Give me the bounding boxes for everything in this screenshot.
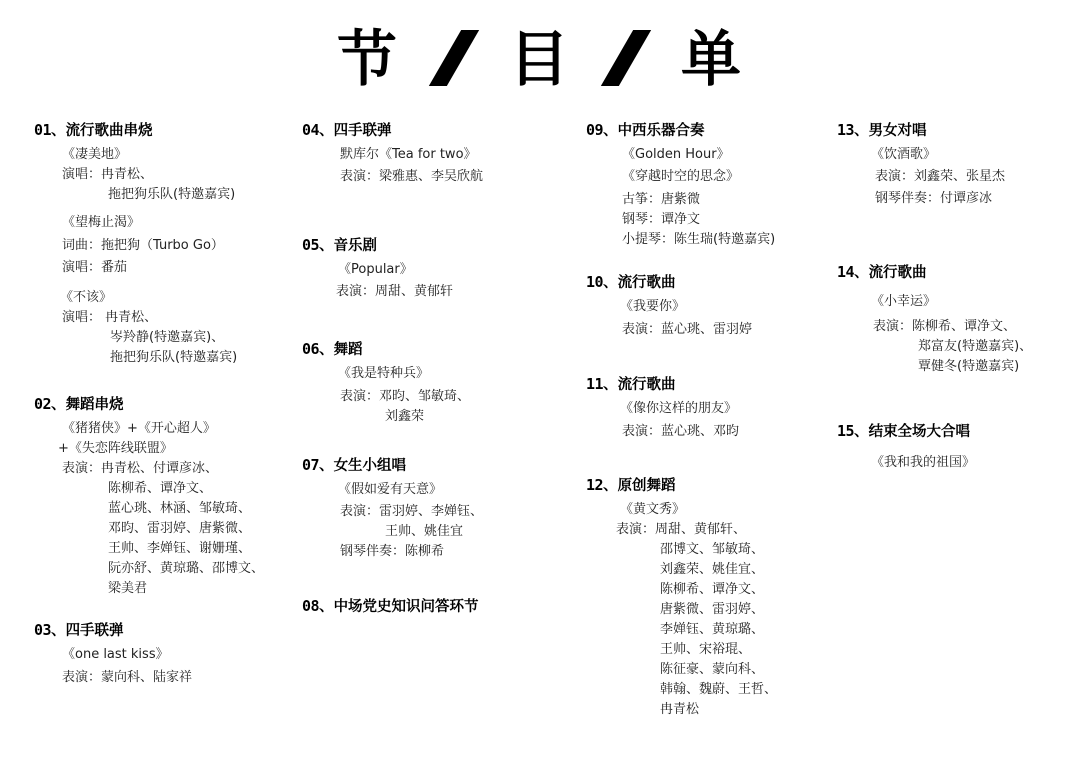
song-title: 《黄文秀》 <box>620 500 777 520</box>
title-slash <box>429 30 479 86</box>
song-title: 《假如爱有天意》 <box>338 480 483 500</box>
performers: 表演：雷羽婷、李婵钰、 <box>340 502 483 522</box>
performers: 演唱：番茄 <box>62 258 237 278</box>
program-name: 舞蹈串烧 <box>66 397 124 413</box>
performer-guzheng: 古筝：唐紫微 <box>622 190 775 210</box>
performers-cont: 王帅、李婵钰、谢姗瑾、 <box>108 539 264 559</box>
program-01: 01、流行歌曲串烧 《凄美地》 演唱：冉青松、 拖把狗乐队(特邀嘉宾) 《望梅止… <box>34 119 237 368</box>
program-heading: 15、结束全场大合唱 <box>837 420 975 443</box>
performer-piano: 钢琴：谭净文 <box>622 210 775 230</box>
program-heading: 01、流行歌曲串烧 <box>34 119 237 142</box>
program-heading: 02、舞蹈串烧 <box>34 393 264 416</box>
program-03: 03、四手联弹 《one last kiss》 表演：蒙向科、陆家祥 <box>34 619 192 688</box>
performers: 表演：冉青松、付谭彦冰、 <box>62 459 264 479</box>
song-title: 《饮酒歌》 <box>871 145 1005 165</box>
performers-cont: 韩翰、魏蔚、王哲、 <box>660 680 777 700</box>
program-12: 12、原创舞蹈 《黄文秀》 表演：周甜、黄郁轩、 邵博文、邹敏琦、 刘鑫荣、姚佳… <box>586 474 777 720</box>
program-14: 14、流行歌曲 《小幸运》 表演：陈柳希、谭净文、 郑富友(特邀嘉宾)、 覃健冬… <box>837 261 1032 377</box>
program-heading: 06、舞蹈 <box>302 338 470 361</box>
program-name: 四手联弹 <box>66 623 124 639</box>
program-10: 10、流行歌曲 《我要你》 表演：蓝心珧、雷羽婷 <box>586 271 752 340</box>
performers-cont: 拖把狗乐队(特邀嘉宾) <box>108 185 237 205</box>
performers-cont: 蓝心珧、林涵、邹敏琦、 <box>108 499 264 519</box>
performers-cont: 阮亦舒、黄琼璐、邵博文、 <box>108 559 264 579</box>
performers: 演唱： 冉青松、 <box>62 308 237 328</box>
program-name: 中场党史知识问答环节 <box>334 599 479 615</box>
performers-cont: 郑富友(特邀嘉宾)、 <box>918 337 1032 357</box>
program-name: 中西乐器合奏 <box>618 123 705 139</box>
program-13: 13、男女对唱 《饮酒歌》 表演：刘鑫荣、张星杰 钢琴伴奏：付谭彦冰 <box>837 119 1005 209</box>
song-title: 《我要你》 <box>620 297 752 317</box>
program-05: 05、音乐剧 《Popular》 表演：周甜、黄郁轩 <box>302 234 453 302</box>
performers-cont: 梁美君 <box>108 579 264 599</box>
program-06: 06、舞蹈 《我是特种兵》 表演：邓昀、邹敏琦、 刘鑫荣 <box>302 338 470 427</box>
performers: 表演：蓝心珧、雷羽婷 <box>622 320 752 340</box>
accompanist: 钢琴伴奏：陈柳希 <box>340 542 483 562</box>
program-09: 09、中西乐器合奏 《Golden Hour》 《穿越时空的思念》 古筝：唐紫微… <box>586 119 775 250</box>
performers-cont: 王帅、宋裕琨、 <box>660 640 777 660</box>
performers-cont: 刘鑫荣 <box>385 407 470 427</box>
program-heading: 07、女生小组唱 <box>302 454 483 477</box>
performers-cont: 拖把狗乐队(特邀嘉宾) <box>110 348 237 368</box>
program-name: 流行歌曲串烧 <box>66 123 153 139</box>
song-title: 《我是特种兵》 <box>338 364 470 384</box>
program-name: 流行歌曲 <box>618 377 676 393</box>
program-04: 04、四手联弹 默库尔《Tea for two》 表演：梁雅惠、李吴欣航 <box>302 119 483 187</box>
program-heading: 11、流行歌曲 <box>586 373 739 396</box>
performers: 表演：刘鑫荣、张星杰 <box>875 167 1005 187</box>
program-02: 02、舞蹈串烧 《猪猪侠》+《开心超人》 +《失恋阵线联盟》 表演：冉青松、付谭… <box>34 393 264 599</box>
performers-cont: 覃健冬(特邀嘉宾) <box>918 357 1032 377</box>
performers-cont: 邵博文、邹敏琦、 <box>660 540 777 560</box>
program-name: 流行歌曲 <box>869 265 927 281</box>
song-title: 《像你这样的朋友》 <box>620 399 739 419</box>
program-name: 流行歌曲 <box>618 275 676 291</box>
program-heading: 04、四手联弹 <box>302 119 483 142</box>
song-title: 默库尔《Tea for two》 <box>340 145 483 165</box>
page-title: 节目单 <box>0 22 1080 98</box>
song-title: 《小幸运》 <box>871 292 1032 312</box>
performers-cont: 陈征豪、蒙向科、 <box>660 660 777 680</box>
performers: 表演：陈柳希、谭净文、 <box>873 317 1032 337</box>
program-name: 四手联弹 <box>334 123 392 139</box>
song-title: 《凄美地》 <box>62 145 237 165</box>
program-name: 男女对唱 <box>869 123 927 139</box>
program-heading: 13、男女对唱 <box>837 119 1005 142</box>
performers: 表演：蒙向科、陆家祥 <box>62 668 192 688</box>
program-08: 08、中场党史知识问答环节 <box>302 595 479 618</box>
title-char-mu: 目 <box>509 22 571 98</box>
program-name: 舞蹈 <box>334 342 363 358</box>
song-title: 《猪猪侠》+《开心超人》 <box>62 419 264 439</box>
program-07: 07、女生小组唱 《假如爱有天意》 表演：雷羽婷、李婵钰、 王帅、姚佳宜 钢琴伴… <box>302 454 483 562</box>
title-slash <box>601 30 651 86</box>
performers-cont: 李婵钰、黄琼璐、 <box>660 620 777 640</box>
performers-cont: 岑羚静(特邀嘉宾)、 <box>110 328 237 348</box>
performers-cont: 刘鑫荣、姚佳宜、 <box>660 560 777 580</box>
song-title: 《穿越时空的思念》 <box>622 167 775 187</box>
song-title: 《one last kiss》 <box>62 645 192 665</box>
song-title: 《Popular》 <box>338 260 453 280</box>
program-heading: 10、流行歌曲 <box>586 271 752 294</box>
title-char-dan: 单 <box>681 22 743 98</box>
performers: 表演：邓昀、邹敏琦、 <box>340 387 470 407</box>
song-title: 《不该》 <box>60 288 237 308</box>
program-name: 结束全场大合唱 <box>869 424 971 440</box>
title-char-jie: 节 <box>337 22 399 98</box>
program-heading: 03、四手联弹 <box>34 619 192 642</box>
performers-cont: 冉青松 <box>660 700 777 720</box>
song-title: 《我和我的祖国》 <box>871 453 975 473</box>
performers: 表演：梁雅惠、李吴欣航 <box>340 167 483 187</box>
program-name: 音乐剧 <box>334 238 378 254</box>
program-11: 11、流行歌曲 《像你这样的朋友》 表演：蓝心珧、邓昀 <box>586 373 739 442</box>
performers: 表演：蓝心珧、邓昀 <box>622 422 739 442</box>
program-heading: 05、音乐剧 <box>302 234 453 257</box>
program-name: 女生小组唱 <box>334 458 407 474</box>
program-heading: 14、流行歌曲 <box>837 261 1032 284</box>
program-name: 原创舞蹈 <box>618 478 676 494</box>
performers: 表演：周甜、黄郁轩 <box>336 282 453 302</box>
performers-cont: 王帅、姚佳宜 <box>385 522 483 542</box>
song-title: 《望梅止渴》 <box>62 213 237 233</box>
song-title: 《Golden Hour》 <box>622 145 775 165</box>
performers-cont: 陈柳希、谭净文、 <box>660 580 777 600</box>
program-heading: 12、原创舞蹈 <box>586 474 777 497</box>
performers-cont: 邓昀、雷羽婷、唐紫微、 <box>108 519 264 539</box>
performers-cont: 唐紫微、雷羽婷、 <box>660 600 777 620</box>
program-15: 15、结束全场大合唱 《我和我的祖国》 <box>837 420 975 473</box>
composer: 词曲：拖把狗（Turbo Go） <box>62 236 237 256</box>
song-title-cont: +《失恋阵线联盟》 <box>58 439 264 459</box>
performer-violin: 小提琴：陈生瑞(特邀嘉宾) <box>622 230 775 250</box>
performers: 表演：周甜、黄郁轩、 <box>616 520 777 540</box>
performers: 演唱：冉青松、 <box>62 165 237 185</box>
program-heading: 08、中场党史知识问答环节 <box>302 595 479 618</box>
performers-cont: 陈柳希、谭净文、 <box>108 479 264 499</box>
accompanist: 钢琴伴奏：付谭彦冰 <box>875 189 1005 209</box>
program-heading: 09、中西乐器合奏 <box>586 119 775 142</box>
